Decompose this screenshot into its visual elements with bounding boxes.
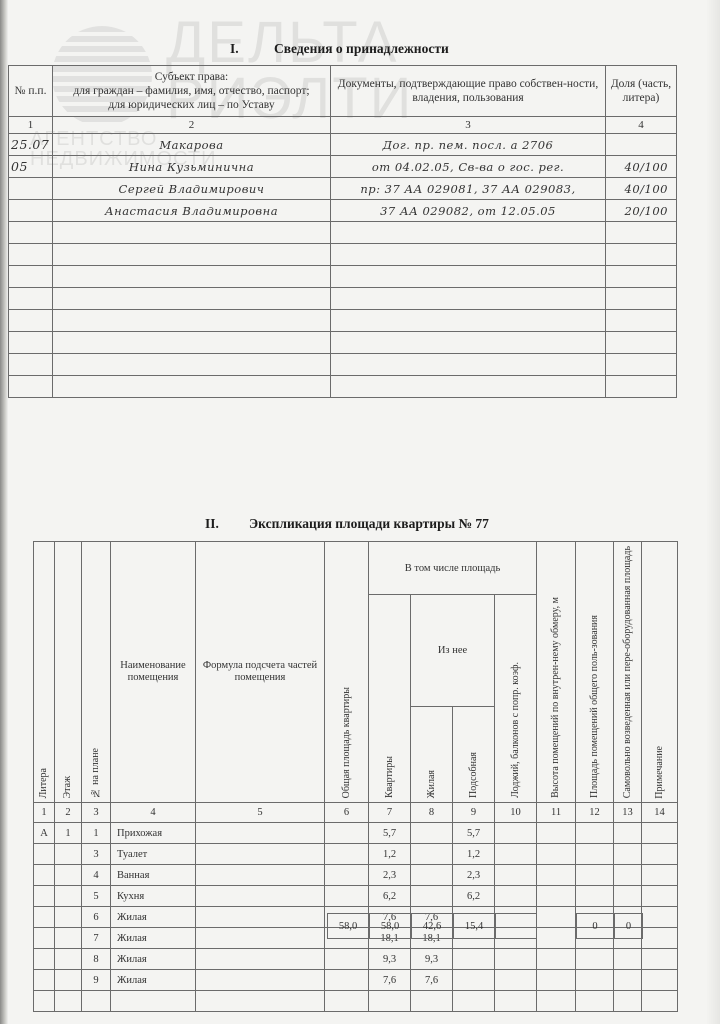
room-cell-litera [34, 970, 55, 991]
room-cell-empty [642, 949, 678, 970]
header-of-which: Из нее [411, 595, 495, 707]
header-plan-no-text: № на плане [90, 744, 102, 802]
ownership-row-empty [9, 222, 677, 244]
room-cell-floor [55, 991, 82, 1012]
room-cell-empty [196, 991, 325, 1012]
ownership-cell-empty [9, 310, 53, 332]
colnum: 9 [453, 803, 495, 823]
room-cell-empty [495, 991, 537, 1012]
ownership-cell-subject: Анастасия Владимировна [53, 200, 331, 222]
ownership-row-empty [9, 332, 677, 354]
room-cell-empty [495, 844, 537, 865]
room-cell-empty [196, 823, 325, 844]
header-loggia-text: Лоджий, балконов с попр. коэф. [510, 658, 522, 802]
colnum: 4 [111, 803, 196, 823]
ownership-cell-no: 25.07 [9, 134, 53, 156]
colnum: 8 [411, 803, 453, 823]
room-cell-empty [537, 865, 576, 886]
ownership-cell-documents: от 04.02.05, Св-ва о гос. рег. [331, 156, 606, 178]
total-unauthorized-sum: 0 [614, 913, 643, 939]
room-cell-empty [614, 970, 642, 991]
room-cell-empty [576, 970, 614, 991]
header-subject-line3: для юридических лиц – по Уставу [55, 98, 328, 112]
room-cell-name: Ванная [111, 865, 196, 886]
ownership-cell-empty [53, 332, 331, 354]
ownership-cell-empty [53, 354, 331, 376]
header-apartment: Квартиры [369, 595, 411, 803]
ownership-cell-empty [9, 266, 53, 288]
room-cell-auxiliary: 2,3 [453, 865, 495, 886]
ownership-cell-empty [53, 376, 331, 398]
room-cell-apartment: 9,3 [369, 949, 411, 970]
room-cell-empty [196, 844, 325, 865]
room-cell-empty [537, 823, 576, 844]
room-cell-living [411, 844, 453, 865]
room-cell-auxiliary: 1,2 [453, 844, 495, 865]
ownership-cell-share [606, 134, 677, 156]
ownership-cell-empty [53, 266, 331, 288]
header-documents: Документы, подтверждающие право собствен… [331, 66, 606, 117]
room-cell-empty [642, 970, 678, 991]
ownership-cell-no [9, 178, 53, 200]
ownership-row-empty [9, 310, 677, 332]
ownership-header-row: № п.п. Субъект права: для граждан – фами… [9, 66, 677, 117]
header-subject-line2: для граждан – фамилия, имя, отчество, па… [55, 84, 328, 98]
ownership-column-numbers: 1 2 3 4 [9, 117, 677, 134]
room-row: 5Кухня6,26,2 [34, 886, 678, 907]
room-cell-floor [55, 949, 82, 970]
header-common-area: Площадь помещений общего поль-зования [576, 542, 614, 803]
room-cell-name [111, 991, 196, 1012]
room-cell-living: 9,3 [411, 949, 453, 970]
room-cell-apartment: 1,2 [369, 844, 411, 865]
room-row: 9Жилая7,67,6 [34, 970, 678, 991]
room-cell-empty [642, 844, 678, 865]
ownership-cell-empty [53, 222, 331, 244]
room-cell-floor: 1 [55, 823, 82, 844]
room-row: 4Ванная2,32,3 [34, 865, 678, 886]
header-living: Жилая [411, 707, 453, 803]
colnum: 5 [196, 803, 325, 823]
room-cell-living [411, 823, 453, 844]
header-auxiliary: Подсобная [453, 707, 495, 803]
total-area-sum: 58,0 [327, 913, 369, 939]
ownership-table: № п.п. Субъект права: для граждан – фами… [8, 65, 677, 398]
colnum: 2 [55, 803, 82, 823]
header-share: Доля (часть, литера) [606, 66, 677, 117]
ownership-cell-empty [9, 332, 53, 354]
header-unauthorized: Самовольно возведенная или пере-оборудов… [614, 542, 642, 803]
room-cell-empty [495, 823, 537, 844]
ownership-cell-empty [331, 244, 606, 266]
header-height: Высота помещений по внутрен-нему обмеру,… [537, 542, 576, 803]
header-unauthorized-text: Самовольно возведенная или пере-оборудов… [622, 542, 634, 802]
page-edge-shadow [0, 0, 8, 1024]
ownership-cell-subject: Нина Кузьминична [53, 156, 331, 178]
room-cell-apartment: 7,6 [369, 970, 411, 991]
ownership-cell-no: 05 [9, 156, 53, 178]
ownership-cell-empty [53, 310, 331, 332]
room-cell-apartment: 2,3 [369, 865, 411, 886]
room-cell-empty [614, 823, 642, 844]
ownership-cell-empty [606, 310, 677, 332]
room-cell-empty [196, 970, 325, 991]
ownership-cell-empty [606, 376, 677, 398]
ownership-cell-share: 20/100 [606, 200, 677, 222]
room-row: 3Туалет1,21,2 [34, 844, 678, 865]
header-loggia: Лоджий, балконов с попр. коэф. [495, 595, 537, 803]
room-cell-empty [642, 886, 678, 907]
room-cell-empty [495, 865, 537, 886]
ownership-cell-empty [9, 244, 53, 266]
room-cell-empty [196, 886, 325, 907]
room-cell-empty [537, 844, 576, 865]
room-cell-empty [614, 991, 642, 1012]
room-cell-name: Прихожая [111, 823, 196, 844]
ownership-cell-no [9, 200, 53, 222]
room-cell-litera [34, 844, 55, 865]
room-cell-empty [325, 865, 369, 886]
header-floor-text: Этаж [62, 772, 74, 802]
room-cell-empty [495, 949, 537, 970]
header-apartment-text: Квартиры [384, 752, 396, 802]
room-cell-empty [196, 865, 325, 886]
room-cell-empty [325, 844, 369, 865]
room-row: А11Прихожая5,75,7 [34, 823, 678, 844]
room-cell-auxiliary [453, 949, 495, 970]
room-cell-floor [55, 886, 82, 907]
ownership-row: 05Нина Кузьминичнаот 04.02.05, Св-ва о г… [9, 156, 677, 178]
colnum: 2 [53, 117, 331, 134]
room-cell-empty [495, 970, 537, 991]
colnum: 11 [537, 803, 576, 823]
colnum: 7 [369, 803, 411, 823]
ownership-row: Сергей Владимировичпр: 37 АА 029081, 37 … [9, 178, 677, 200]
room-cell-empty [325, 886, 369, 907]
total-apartment-sum: 58,0 [369, 913, 411, 939]
room-cell-living: 7,6 [411, 970, 453, 991]
room-cell-auxiliary: 6,2 [453, 886, 495, 907]
room-cell-auxiliary [453, 991, 495, 1012]
room-cell-plan-no: 8 [82, 949, 111, 970]
ownership-row-empty [9, 266, 677, 288]
total-living-sum: 42,6 [411, 913, 453, 939]
section2-title-text: Экспликация площади квартиры № 77 [249, 516, 489, 531]
ownership-cell-empty [606, 354, 677, 376]
header-subject-line1: Субъект права: [55, 70, 328, 84]
header-floor: Этаж [55, 542, 82, 803]
room-cell-empty [642, 865, 678, 886]
room-cell-litera [34, 865, 55, 886]
ownership-cell-empty [331, 266, 606, 288]
ownership-cell-empty [606, 244, 677, 266]
room-cell-empty [576, 865, 614, 886]
room-cell-litera: А [34, 823, 55, 844]
room-cell-empty [576, 844, 614, 865]
colnum: 3 [82, 803, 111, 823]
room-cell-apartment: 6,2 [369, 886, 411, 907]
room-row: 8Жилая9,39,3 [34, 949, 678, 970]
room-cell-empty [325, 970, 369, 991]
ownership-cell-empty [331, 288, 606, 310]
room-cell-empty [537, 991, 576, 1012]
total-loggia-sum [495, 913, 537, 939]
section1-number: I. [230, 41, 274, 57]
room-cell-floor [55, 970, 82, 991]
colnum: 1 [9, 117, 53, 134]
ownership-cell-empty [331, 310, 606, 332]
ownership-cell-empty [331, 222, 606, 244]
header-living-text: Жилая [426, 766, 438, 802]
ownership-cell-empty [331, 354, 606, 376]
room-cell-empty [325, 991, 369, 1012]
room-cell-floor [55, 865, 82, 886]
section1-title-text: Сведения о принадлежности [274, 41, 449, 56]
header-note: Примечание [642, 542, 678, 803]
header-total-area: Общая площадь квартиры [325, 542, 369, 803]
room-cell-auxiliary: 5,7 [453, 823, 495, 844]
section2-number: II. [205, 516, 249, 532]
colnum: 4 [606, 117, 677, 134]
room-cell-empty [642, 823, 678, 844]
room-cell-empty [614, 886, 642, 907]
header-note-text: Примечание [654, 742, 666, 803]
ownership-cell-empty [606, 332, 677, 354]
ownership-cell-empty [9, 288, 53, 310]
explication-totals: 58,0 58,0 42,6 15,4 0 0 [0, 913, 720, 943]
header-litera: Литера [34, 542, 55, 803]
ownership-row-empty [9, 244, 677, 266]
room-cell-plan-no: 3 [82, 844, 111, 865]
room-cell-plan-no [82, 991, 111, 1012]
ownership-row-empty [9, 288, 677, 310]
room-cell-empty [642, 991, 678, 1012]
room-cell-empty [495, 886, 537, 907]
ownership-cell-empty [606, 288, 677, 310]
ownership-row-empty [9, 376, 677, 398]
ownership-cell-empty [9, 376, 53, 398]
room-cell-name: Кухня [111, 886, 196, 907]
ownership-cell-empty [9, 222, 53, 244]
room-cell-apartment: 5,7 [369, 823, 411, 844]
colnum: 1 [34, 803, 55, 823]
total-auxiliary-sum: 15,4 [453, 913, 495, 939]
room-cell-name: Жилая [111, 970, 196, 991]
room-cell-name: Жилая [111, 949, 196, 970]
room-cell-living [411, 991, 453, 1012]
ownership-cell-documents: 37 АА 029082, от 12.05.05 [331, 200, 606, 222]
header-room-name: Наименование помещения [111, 542, 196, 803]
room-cell-plan-no: 9 [82, 970, 111, 991]
header-height-text: Высота помещений по внутрен-нему обмеру,… [550, 593, 562, 802]
ownership-cell-documents: пр: 37 АА 029081, 37 АА 029083, [331, 178, 606, 200]
room-cell-name: Туалет [111, 844, 196, 865]
ownership-cell-empty [53, 244, 331, 266]
ownership-cell-subject: Сергей Владимирович [53, 178, 331, 200]
room-cell-litera [34, 949, 55, 970]
page-right-shadow [706, 0, 720, 1024]
room-cell-empty [196, 949, 325, 970]
room-cell-empty [614, 844, 642, 865]
room-cell-empty [576, 991, 614, 1012]
header-no: № п.п. [9, 66, 53, 117]
colnum: 6 [325, 803, 369, 823]
header-total-area-text: Общая площадь квартиры [341, 683, 353, 802]
header-common-area-text: Площадь помещений общего поль-зования [589, 611, 601, 802]
room-cell-empty [614, 865, 642, 886]
colnum: 10 [495, 803, 537, 823]
room-cell-empty [576, 886, 614, 907]
room-cell-plan-no: 4 [82, 865, 111, 886]
room-cell-apartment [369, 991, 411, 1012]
colnum: 3 [331, 117, 606, 134]
room-cell-empty [537, 970, 576, 991]
room-cell-auxiliary [453, 970, 495, 991]
colnum: 14 [642, 803, 678, 823]
header-formula: Формула подсчета частей помещения [196, 542, 325, 803]
room-cell-litera [34, 886, 55, 907]
ownership-cell-empty [53, 288, 331, 310]
header-plan-no: № на плане [82, 542, 111, 803]
room-cell-empty [537, 949, 576, 970]
room-cell-empty [614, 949, 642, 970]
ownership-cell-empty [606, 222, 677, 244]
ownership-cell-empty [331, 332, 606, 354]
room-cell-litera [34, 991, 55, 1012]
room-cell-floor [55, 844, 82, 865]
ownership-cell-empty [9, 354, 53, 376]
ownership-cell-empty [606, 266, 677, 288]
colnum: 13 [614, 803, 642, 823]
room-cell-empty [325, 949, 369, 970]
ownership-cell-empty [331, 376, 606, 398]
room-cell-empty [576, 823, 614, 844]
header-subject: Субъект права: для граждан – фамилия, им… [53, 66, 331, 117]
ownership-cell-documents: Дог. пр. пем. посл. а 2706 [331, 134, 606, 156]
room-cell-empty [537, 886, 576, 907]
explication-column-numbers: 1234567891011121314 [34, 803, 678, 823]
section1-title: I.Сведения о принадлежности [230, 41, 449, 57]
room-cell-empty [325, 823, 369, 844]
room-cell-plan-no: 5 [82, 886, 111, 907]
room-row [34, 991, 678, 1012]
room-cell-living [411, 886, 453, 907]
room-cell-empty [576, 949, 614, 970]
ownership-row: Анастасия Владимировна37 АА 029082, от 1… [9, 200, 677, 222]
ownership-row: 25.07МакароваДог. пр. пем. посл. а 2706 [9, 134, 677, 156]
header-litera-text: Литера [38, 764, 50, 802]
colnum: 12 [576, 803, 614, 823]
room-cell-plan-no: 1 [82, 823, 111, 844]
explication-header-row-1: Литера Этаж № на плане Наименование поме… [34, 542, 678, 595]
ownership-cell-subject: Макарова [53, 134, 331, 156]
ownership-cell-share: 40/100 [606, 178, 677, 200]
room-cell-living [411, 865, 453, 886]
header-auxiliary-text: Подсобная [468, 748, 480, 802]
ownership-cell-share: 40/100 [606, 156, 677, 178]
header-incl-area: В том числе площадь [369, 542, 537, 595]
total-common-area-sum: 0 [576, 913, 614, 939]
ownership-row-empty [9, 354, 677, 376]
section2-title: II.Экспликация площади квартиры № 77 [205, 516, 489, 532]
